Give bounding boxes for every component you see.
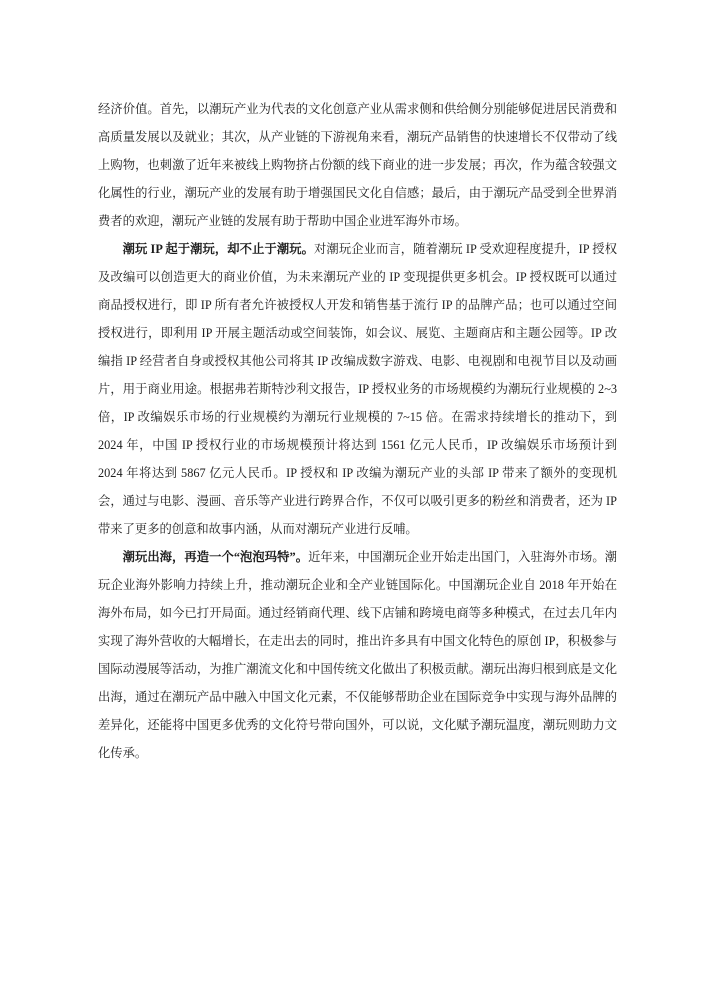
paragraph-text: 经济价值。首先，以潮玩产业为代表的文化创意产业从需求侧和供给侧分别能够促进居民消… [98,102,617,228]
paragraph-overseas-expansion: 潮玩出海，再造一个“泡泡玛特”。近年来，中国潮玩企业开始走出国门，入驻海外市场。… [98,543,617,767]
paragraph-text: 近年来，中国潮玩企业开始走出国门，入驻海外市场。潮玩企业海外影响力持续上升，推动… [98,550,617,760]
document-body: 经济价值。首先，以潮玩产业为代表的文化创意产业从需求侧和供给侧分别能够促进居民消… [98,95,617,767]
paragraph-economic-value: 经济价值。首先，以潮玩产业为代表的文化创意产业从需求侧和供给侧分别能够促进居民消… [98,95,617,235]
paragraph-ip-licensing: 潮玩 IP 起于潮玩，却不止于潮玩。对潮玩企业而言，随着潮玩 IP 受欢迎程度提… [98,235,617,543]
document-page: 经济价值。首先，以潮玩产业为代表的文化创意产业从需求侧和供给侧分别能够促进居民消… [0,0,710,1004]
paragraph-lead: 潮玩 IP 起于潮玩，却不止于潮玩。 [123,242,314,256]
paragraph-lead: 潮玩出海，再造一个“泡泡玛特”。 [123,550,308,564]
paragraph-text: 对潮玩企业而言，随着潮玩 IP 受欢迎程度提升，IP 授权及改编可以创造更大的商… [98,242,617,536]
